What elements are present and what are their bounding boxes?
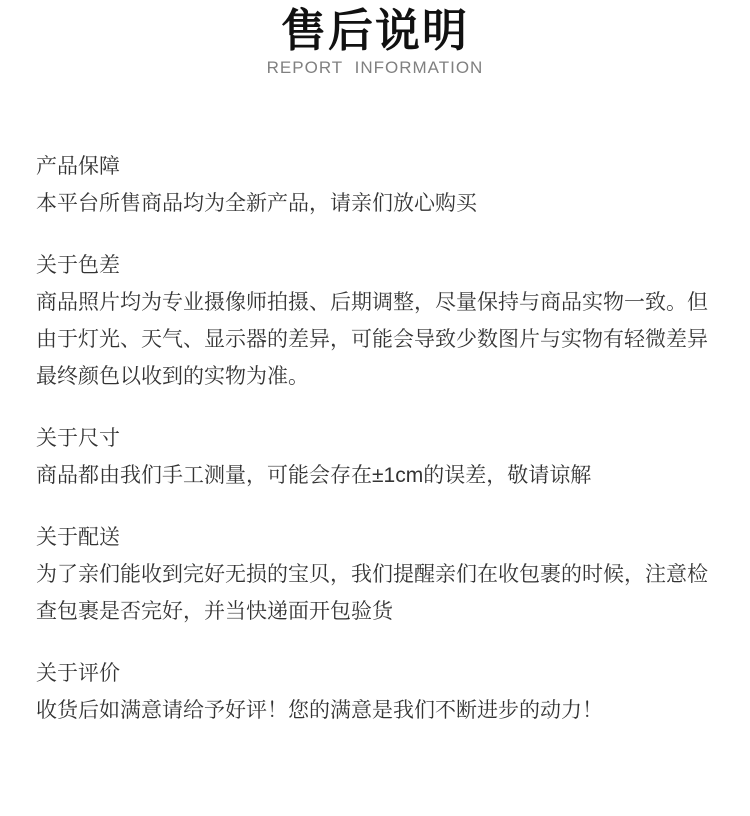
section-heading: 关于色差 [36, 247, 716, 284]
section-line: 查包裹是否完好，并当快递面开包验货 [36, 593, 716, 630]
page-subtitle: REPORT INFORMATION [0, 58, 750, 78]
section-heading: 产品保障 [36, 148, 716, 185]
section-delivery: 关于配送 为了亲们能收到完好无损的宝贝，我们提醒亲们在收包裹的时候，注意检 查包… [36, 519, 716, 630]
page-title: 售后说明 [0, 6, 750, 56]
section-heading: 关于评价 [36, 655, 716, 692]
section-line: 收货后如满意请给予好评！您的满意是我们不断进步的动力！ [36, 692, 716, 729]
section-line: 商品都由我们手工测量，可能会存在±1cm的误差，敬请谅解 [36, 457, 716, 494]
page-header: 售后说明 REPORT INFORMATION [0, 0, 750, 78]
section-line: 为了亲们能收到完好无损的宝贝，我们提醒亲们在收包裹的时候，注意检 [36, 556, 716, 593]
section-line: 商品照片均为专业摄像师拍摄、后期调整，尽量保持与商品实物一致。但 [36, 284, 716, 321]
section-line: 本平台所售商品均为全新产品，请亲们放心购买 [36, 185, 716, 222]
section-heading: 关于尺寸 [36, 420, 716, 457]
after-sales-content: 产品保障 本平台所售商品均为全新产品，请亲们放心购买 关于色差 商品照片均为专业… [36, 148, 716, 729]
section-line: 最终颜色以收到的实物为准。 [36, 358, 716, 395]
section-line: 由于灯光、天气、显示器的差异，可能会导致少数图片与实物有轻微差异 [36, 321, 716, 358]
section-product-guarantee: 产品保障 本平台所售商品均为全新产品，请亲们放心购买 [36, 148, 716, 222]
section-heading: 关于配送 [36, 519, 716, 556]
section-review: 关于评价 收货后如满意请给予好评！您的满意是我们不断进步的动力！ [36, 655, 716, 729]
section-color-difference: 关于色差 商品照片均为专业摄像师拍摄、后期调整，尽量保持与商品实物一致。但 由于… [36, 247, 716, 395]
section-size: 关于尺寸 商品都由我们手工测量，可能会存在±1cm的误差，敬请谅解 [36, 420, 716, 494]
